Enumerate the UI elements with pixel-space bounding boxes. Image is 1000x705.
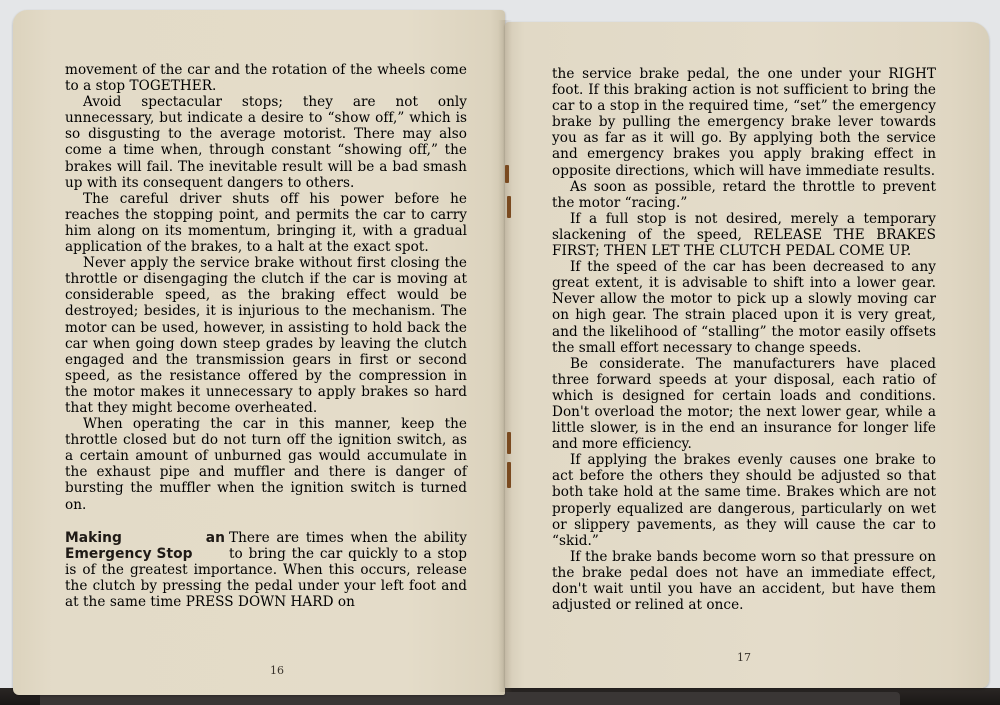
paragraph: Never apply the service brake without fi…	[65, 255, 467, 416]
paragraph: If the brake bands become worn so that p…	[552, 549, 936, 613]
section-heading: Making an Emergency Stop	[65, 530, 225, 562]
paragraph: If applying the brakes evenly causes one…	[552, 452, 936, 549]
paragraph: When operating the car in this manner, k…	[65, 416, 467, 513]
paragraph: The careful driver shuts off his power b…	[65, 191, 467, 255]
paragraph: the service brake pedal, the one under y…	[552, 66, 936, 179]
staple-top-lower	[507, 196, 511, 218]
paragraph: If a full stop is not desired, merely a …	[552, 211, 936, 259]
left-page-body: movement of the car and the rotation of …	[65, 62, 467, 610]
paragraph: Be considerate. The manufacturers have p…	[552, 356, 936, 453]
right-page-body: the service brake pedal, the one under y…	[552, 66, 936, 613]
paragraph: Avoid spectacular stops; they are not on…	[65, 94, 467, 191]
staple-bottom-lower	[507, 462, 511, 488]
staple-top-upper	[505, 165, 509, 183]
paragraph: As soon as possible, retard the throttle…	[552, 179, 936, 211]
paragraph: movement of the car and the rotation of …	[65, 62, 467, 94]
emergency-stop-section: Making an Emergency Stop There are times…	[65, 530, 467, 610]
page-number-left: 16	[270, 664, 284, 677]
gutter-fold	[498, 20, 512, 692]
page-number-right: 17	[737, 651, 751, 664]
staple-bottom-upper	[507, 432, 511, 454]
paragraph: If the speed of the car has been decreas…	[552, 259, 936, 356]
